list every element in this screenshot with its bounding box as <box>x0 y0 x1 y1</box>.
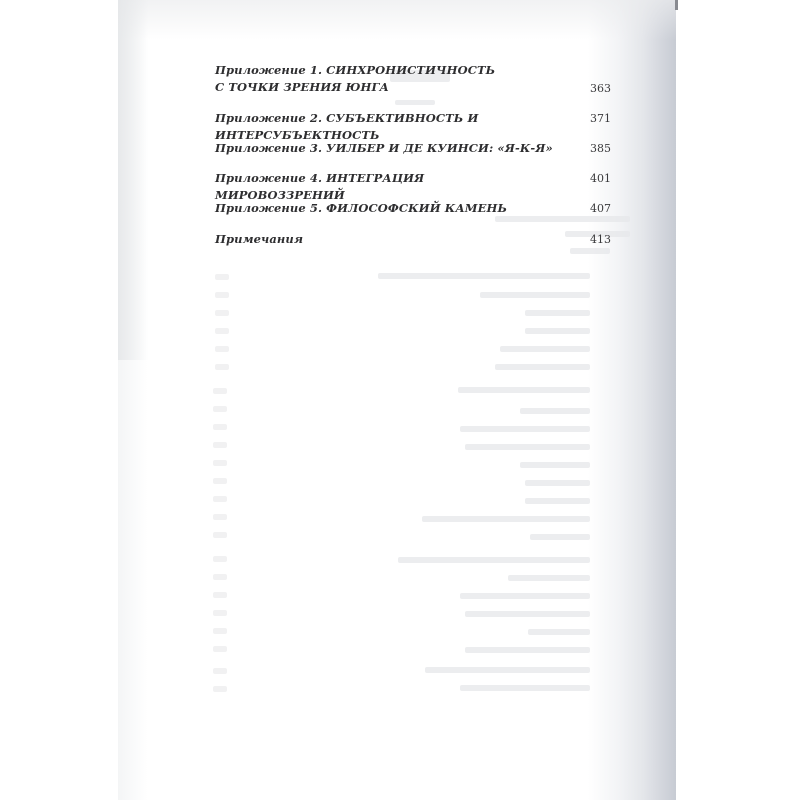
toc-entry-appendix-4[interactable]: Приложение 4. ИНТЕГРАЦИЯ МИРОВОЗЗРЕНИЙ 4… <box>215 170 611 204</box>
toc-entry-label: Приложение 2. <box>215 111 322 125</box>
toc-entry-title: Приложение 4. ИНТЕГРАЦИЯ МИРОВОЗЗРЕНИЙ <box>215 170 555 204</box>
toc-entry-title: Приложение 3. УИЛБЕР И ДЕ КУИНСИ: «Я-К-Я… <box>215 140 555 157</box>
toc-entry-appendix-3[interactable]: Приложение 3. УИЛБЕР И ДЕ КУИНСИ: «Я-К-Я… <box>215 140 611 157</box>
toc-page-number: 385 <box>590 142 611 155</box>
toc-entry-appendix-1[interactable]: Приложение 1. СИНХРОНИСТИЧНОСТЬ С ТОЧКИ … <box>215 62 611 96</box>
toc-page-number: 407 <box>590 202 611 215</box>
toc-page-number: 413 <box>590 233 611 246</box>
page-left-shade <box>118 0 148 360</box>
toc-entry-appendix-5[interactable]: Приложение 5. ФИЛОСОФСКИЙ КАМЕНЬ 407 <box>215 200 611 217</box>
toc-entry-title: Примечания <box>215 231 555 248</box>
toc-entry-title-line: С ТОЧКИ ЗРЕНИЯ ЮНГА <box>215 80 389 94</box>
toc-entry-label: Приложение 1. <box>215 63 322 77</box>
page-top-shade <box>118 0 676 40</box>
toc-entry-title: Приложение 5. ФИЛОСОФСКИЙ КАМЕНЬ <box>215 200 555 217</box>
toc-entry-title-line: ФИЛОСОФСКИЙ КАМЕНЬ <box>326 201 507 215</box>
toc-entry-title: Приложение 2. СУБЪЕКТИВНОСТЬ И ИНТЕРСУБЪ… <box>215 110 595 144</box>
toc-entry-label: Приложение 5. <box>215 201 322 215</box>
toc-entry-notes[interactable]: Примечания 413 <box>215 231 611 248</box>
toc-entry-label: Примечания <box>215 232 303 246</box>
toc-entry-appendix-2[interactable]: Приложение 2. СУБЪЕКТИВНОСТЬ И ИНТЕРСУБЪ… <box>215 110 611 144</box>
toc-entry-label: Приложение 4. <box>215 171 322 185</box>
toc-entry-title: Приложение 1. СИНХРОНИСТИЧНОСТЬ С ТОЧКИ … <box>215 62 555 96</box>
page-edge-shadow <box>675 0 678 10</box>
toc-page-number: 371 <box>590 112 611 125</box>
toc-entry-title-line: СИНХРОНИСТИЧНОСТЬ <box>326 63 495 77</box>
toc-entry-title-line: УИЛБЕР И ДЕ КУИНСИ: «Я-К-Я» <box>326 141 553 155</box>
toc-entry-label: Приложение 3. <box>215 141 322 155</box>
toc-page-number: 363 <box>590 82 611 95</box>
toc-page-number: 401 <box>590 172 611 185</box>
